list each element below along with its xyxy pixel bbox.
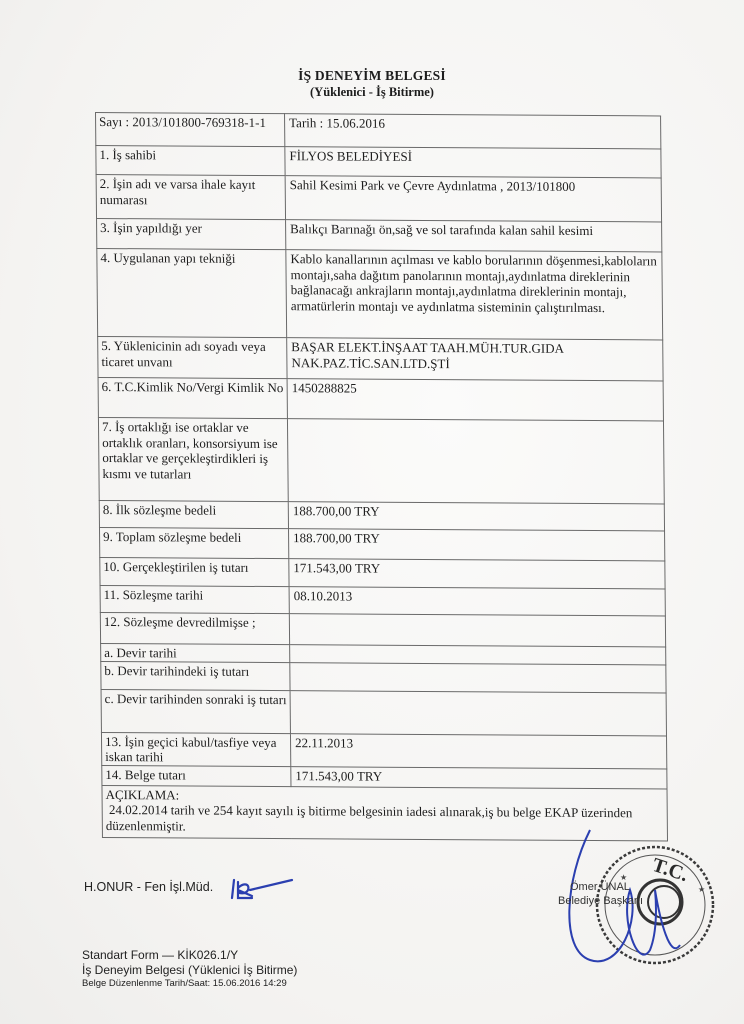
row-label: b. Devir tarihindeki iş tutarı [101,661,290,690]
row-label: 1. İş sahibi [96,146,285,176]
row-label: 14. Belge tutarı [102,765,291,786]
right-signatory: Ömer ÜNAL Belediye Başkanı [570,880,643,908]
row-value [290,662,666,692]
right-signatory-name: Ömer ÜNAL [570,880,643,894]
row-value: 171.543,00 TRY [291,766,667,788]
row-value: 188.700,00 TRY [288,502,664,531]
table-row: 10. Gerçekleştirilen iş tutarı171.543,00… [100,557,665,588]
row-label: 4. Uygulanan yapı tekniği [97,249,287,338]
row-value: BAŞAR ELEKT.İNŞAAT TAAH.MÜH.TUR.GIDA NAK… [287,338,663,381]
certificate-table: Sayı : 2013/101800-769318-1-1 Tarih : 15… [95,112,668,841]
form-code: Standart Form — KİK026.1/Y [82,948,297,963]
row-label: 7. İş ortaklığı ise ortaklar ve ortaklık… [98,417,288,501]
right-signatory-title: Belediye Başkanı [558,894,643,908]
row-value: 08.10.2013 [289,587,665,616]
row-label: 8. İlk sözleşme bedeli [99,500,288,528]
row-value: 22.11.2013 [290,733,666,768]
table-row: 6. T.C.Kimlik No/Vergi Kimlik No14502888… [98,377,663,420]
official-stamp-icon: T.C. ★ ★ [560,820,740,1000]
row-label: 12. Sözleşme devredilmişse ; [100,612,289,644]
row-value: Kablo kanallarının açılması ve kablo bor… [286,250,663,340]
left-signature-icon [228,876,298,902]
svg-text:★: ★ [698,885,705,894]
table-row: 2. İşin adı ve varsa ihale kayıt numaras… [96,175,661,222]
row-value: FİLYOS BELEDİYESİ [285,147,661,178]
row-label: 11. Sözleşme tarihi [100,585,289,613]
row-label: a. Devir tarihi [101,643,290,662]
left-signatory-name: H.ONUR - Fen İşl.Müd. [84,880,213,894]
table-row: 3. İşin yapıldığı yerBalıkçı Barınağı ön… [97,219,662,252]
row-value [290,645,666,665]
document-page: İŞ DENEYİM BELGESİ (Yüklenici - İş Bitir… [0,0,744,1024]
row-value [289,614,665,647]
row-label: 5. Yüklenicinin adı soyadı veya ticaret … [98,336,287,378]
row-label: c. Devir tarihinden sonraki iş tutarı [101,689,290,733]
issue-timestamp: Belge Düzenlenme Tarih/Saat: 15.06.2016 … [82,978,297,990]
row-value: Balıkçı Barınağı ön,sağ ve sol tarafında… [286,220,662,252]
form-footer: Standart Form — KİK026.1/Y İş Deneyim Be… [82,948,297,990]
table-row: 5. Yüklenicinin adı soyadı veya ticaret … [98,336,663,380]
table-row: b. Devir tarihindeki iş tutarı [101,661,666,692]
row-label: 6. T.C.Kimlik No/Vergi Kimlik No [98,377,287,418]
table-row: c. Devir tarihinden sonraki iş tutarı [101,689,666,735]
document-title: İŞ DENEYİM BELGESİ [0,68,744,84]
table-row: 11. Sözleşme tarihi08.10.2013 [100,585,665,615]
row-value [290,690,666,735]
row-value: Sahil Kesimi Park ve Çevre Aydınlatma , … [285,176,661,222]
table-row: 1. İş sahibiFİLYOS BELEDİYESİ [96,146,661,178]
row-value: 1450288825 [287,379,663,421]
tarih-cell: Tarih : 15.06.2016 [285,114,661,149]
table-row: 13. İşin geçici kabul/tasfiye veya iskan… [101,732,666,768]
table-row: 7. İş ortaklığı ise ortaklar ve ortaklık… [98,417,664,503]
table-row: 4. Uygulanan yapı tekniğiKablo kanalları… [97,249,663,340]
form-name: İş Deneyim Belgesi (Yüklenici İş Bitirme… [82,963,297,978]
row-label: 9. Toplam sözleşme bedeli [99,527,288,558]
sayi-cell: Sayı : 2013/101800-769318-1-1 [96,113,285,147]
official-stamp-area: T.C. ★ ★ Ömer ÜNAL Belediye Başkanı [560,820,740,1000]
row-label: 13. İşin geçici kabul/tasfiye veya iskan… [101,732,290,766]
row-label: 2. İşin adı ve varsa ihale kayıt numaras… [96,175,285,220]
row-value: 171.543,00 TRY [289,559,665,589]
left-signatory: H.ONUR - Fen İşl.Müd. [84,880,213,894]
row-value: 188.700,00 TRY [289,529,665,561]
table-row: 8. İlk sözleşme bedeli188.700,00 TRY [99,500,664,530]
document-subtitle: (Yüklenici - İş Bitirme) [0,84,744,100]
table-row: 9. Toplam sözleşme bedeli188.700,00 TRY [99,527,664,560]
row-label: 10. Gerçekleştirilen iş tutarı [100,557,289,586]
table-row: 12. Sözleşme devredilmişse ; [100,612,665,646]
document-title-block: İŞ DENEYİM BELGESİ (Yüklenici - İş Bitir… [0,68,744,100]
row-label: 3. İşin yapıldığı yer [97,219,286,250]
row-value [287,419,664,504]
header-row: Sayı : 2013/101800-769318-1-1 Tarih : 15… [96,113,661,149]
